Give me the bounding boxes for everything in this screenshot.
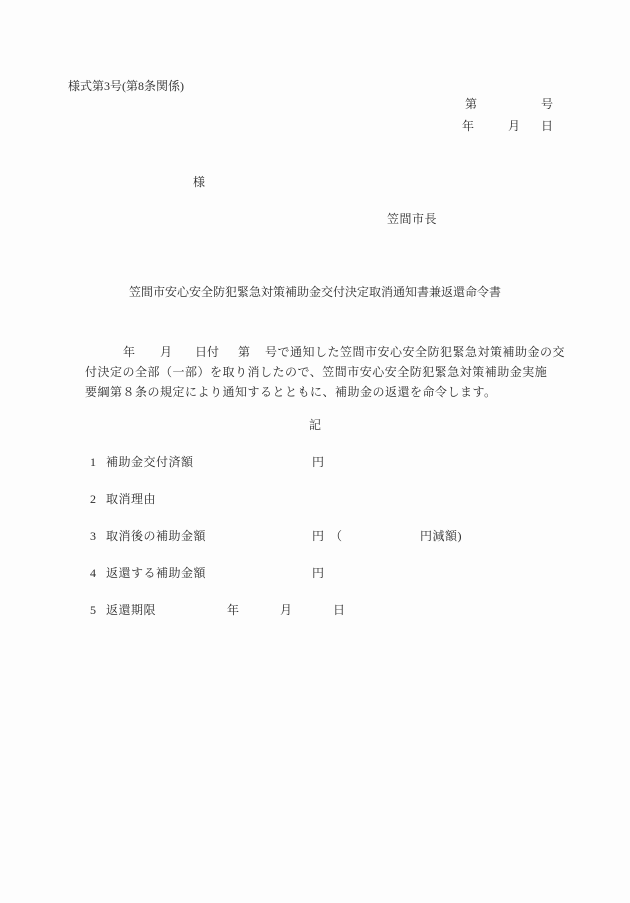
body-line-1-text: 号で通知した笠間市安心安全防犯緊急対策補助金の交 — [265, 344, 565, 360]
item-1-label: 補助金交付済額 — [106, 454, 194, 470]
blank-year-label: 年 — [123, 344, 135, 360]
body-line-1: 年 月 日付 第 号で通知した笠間市安心安全防犯緊急対策補助金の交 — [0, 344, 630, 362]
item-3-paren-open: （ — [330, 528, 342, 544]
date-day-label: 日 — [541, 118, 553, 134]
blank-month-label: 月 — [160, 344, 172, 360]
item-3-label: 取消後の補助金額 — [106, 528, 206, 544]
item-5-day-label: 日 — [333, 602, 345, 618]
item-2-label: 取消理由 — [106, 491, 156, 507]
date-month-label: 月 — [508, 118, 520, 134]
item-3-unit-yen: 円 — [312, 528, 324, 544]
item-5-month-label: 月 — [280, 602, 292, 618]
body-line-2: 付決定の全部（一部）を取り消したので、笠間市安心安全防犯緊急対策補助金実施 — [85, 364, 547, 380]
item-3-number: 3 — [90, 528, 96, 544]
date-year-label: 年 — [462, 118, 474, 134]
item-1-unit-yen: 円 — [312, 454, 324, 470]
item-2-number: 2 — [90, 491, 96, 507]
issuer-name: 笠間市長 — [387, 211, 437, 227]
item-5-year-label: 年 — [227, 602, 239, 618]
addressee-honorific: 様 — [193, 174, 205, 190]
item-row-4: 4 返還する補助金額 円 — [0, 565, 630, 583]
document-title: 笠間市安心安全防犯緊急対策補助金交付決定取消通知書兼返還命令書 — [0, 284, 630, 300]
item-4-label: 返還する補助金額 — [106, 565, 206, 581]
item-5-label: 返還期限 — [106, 602, 156, 618]
item-4-unit-yen: 円 — [312, 565, 324, 581]
blank-day-label: 日付 — [195, 344, 219, 360]
document-page: 様式第3号(第8条関係) 第 号 年 月 日 様 笠間市長 笠間市安心安全防犯緊… — [0, 0, 630, 903]
item-5-number: 5 — [90, 602, 96, 618]
doc-number-suffix: 号 — [541, 96, 553, 112]
item-row-1: 1 補助金交付済額 円 — [0, 454, 630, 472]
body-line-3: 要綱第８条の規定により通知するとともに、補助金の返還を命令します。 — [85, 384, 497, 400]
item-row-2: 2 取消理由 — [0, 491, 630, 509]
form-number-label: 様式第3号(第8条関係) — [68, 78, 184, 94]
doc-number-prefix: 第 — [465, 96, 477, 112]
item-row-3: 3 取消後の補助金額 円 （ 円減額) — [0, 528, 630, 546]
item-4-number: 4 — [90, 565, 96, 581]
item-1-number: 1 — [90, 454, 96, 470]
blank-number-prefix: 第 — [238, 344, 250, 360]
record-heading: 記 — [0, 417, 630, 433]
item-row-5: 5 返還期限 年 月 日 — [0, 602, 630, 620]
item-3-reduction-label: 円減額) — [420, 528, 462, 544]
